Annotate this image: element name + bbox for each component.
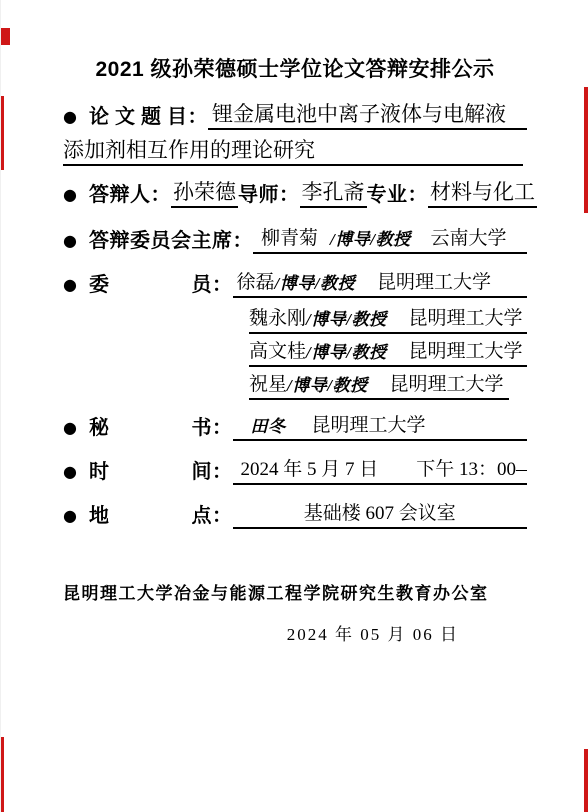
advisor-label: 导师： — [238, 182, 300, 208]
committee-label: 委 员： — [89, 272, 233, 298]
secretary-label: 秘 书： — [89, 415, 233, 441]
major-label: 专业： — [367, 182, 429, 208]
red-edge-artifact-left-lower — [1, 737, 4, 812]
field-committee-chair: ● 答辩委员会主席： 柳青菊 /博导/教授 云南大学 — [63, 228, 527, 254]
field-committee-member-row: 魏永刚 /博导/教授 昆明理工大学 — [249, 308, 527, 334]
bullet-icon: ● — [63, 233, 89, 254]
thesis-value-line1: 锂金属电池中离子液体与电解液 — [212, 100, 506, 128]
member-affiliation: 昆明理工大学 — [408, 308, 522, 332]
red-edge-artifact-top-left — [1, 28, 10, 45]
bullet-icon: ● — [63, 464, 89, 485]
member-name: 徐磊 — [237, 270, 275, 296]
field-thesis-title: ● 论 文 题 目： 锂金属电池中离子液体与电解液 — [63, 100, 527, 130]
time-label: 时 间： — [89, 459, 233, 485]
member-title: /博导/教授 — [306, 341, 386, 365]
member-name: 魏永刚 — [249, 308, 306, 332]
time-value: 2024 年 5 月 7 日 下午 13：00—18：00 — [241, 457, 528, 483]
chair-affiliation: 云南大学 — [430, 226, 506, 252]
field-defender-advisor-major: ● 答辩人： 孙荣德 导师： 李孔斋 专业： 材料与化工 — [63, 180, 527, 208]
member-name: 高文桂 — [249, 341, 306, 365]
red-edge-artifact-right-lower — [584, 749, 588, 812]
field-time: ● 时 间： 2024 年 5 月 7 日 下午 13：00—18：00 — [63, 458, 527, 485]
document-page: 2021 级孙荣德硕士学位论文答辩安排公示 ● 论 文 题 目： 锂金属电池中离… — [0, 0, 588, 812]
red-edge-artifact-left-upper — [1, 96, 4, 170]
member-affiliation: 昆明理工大学 — [389, 374, 503, 398]
chair-title: /博导/教授 — [330, 227, 410, 253]
thesis-value-line2: 添加剂相互作用的理论研究 — [63, 136, 315, 164]
footer-office: 昆明理工大学冶金与能源工程学院研究生教育办公室 — [63, 579, 527, 604]
member-title: /博导/教授 — [306, 308, 386, 332]
location-value: 基础楼 607 会议室 — [304, 501, 456, 527]
thesis-label: 论 文 题 目： — [89, 104, 208, 130]
bullet-icon: ● — [63, 508, 89, 529]
member-title: /博导/教授 — [287, 374, 367, 398]
chair-label: 答辩委员会主席： — [89, 228, 253, 254]
member-title: /博导/教授 — [275, 271, 355, 297]
defender-label: 答辩人： — [89, 182, 171, 208]
page-title: 2021 级孙荣德硕士学位论文答辩安排公示 — [63, 56, 527, 84]
bullet-icon: ● — [63, 277, 89, 298]
footer-date: 2024 年 05 月 06 日 — [63, 620, 527, 645]
location-label: 地 点： — [89, 503, 233, 529]
advisor-value: 李孔斋 — [300, 178, 367, 208]
field-location: ● 地 点： 基础楼 607 会议室 — [63, 502, 527, 529]
bullet-icon: ● — [63, 420, 89, 441]
secretary-affiliation: 昆明理工大学 — [312, 413, 426, 439]
member-affiliation: 昆明理工大学 — [408, 341, 522, 365]
field-committee-member-row: ● 委 员： 徐磊 /博导/教授 昆明理工大学 — [63, 272, 527, 298]
field-committee-member-row: 高文桂 /博导/教授 昆明理工大学 — [249, 341, 527, 367]
field-thesis-title-continued: 添加剂相互作用的理论研究 — [63, 138, 523, 166]
major-value: 材料与化工 — [428, 178, 537, 208]
bullet-icon: ● — [63, 109, 89, 130]
member-affiliation: 昆明理工大学 — [377, 270, 491, 296]
bullet-icon: ● — [63, 187, 89, 208]
defender-value: 孙荣德 — [171, 178, 238, 208]
red-edge-artifact-right-upper — [584, 87, 588, 213]
field-secretary: ● 秘 书： 田冬 昆明理工大学 — [63, 414, 527, 441]
secretary-name: 田冬 — [251, 414, 286, 440]
member-name: 祝星 — [249, 374, 287, 398]
field-committee-member-row: 祝星 /博导/教授 昆明理工大学 — [249, 374, 527, 400]
chair-name: 柳青菊 — [261, 226, 318, 252]
